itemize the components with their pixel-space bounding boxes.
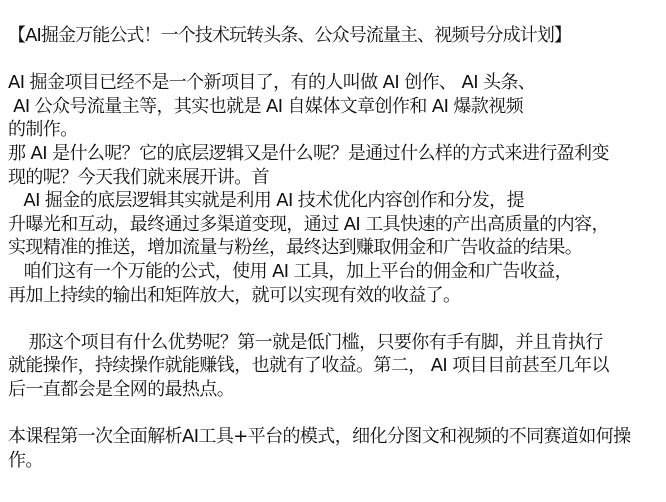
text-line: 后一直都会是全网的最热点。 [8, 378, 663, 402]
text-line: AI 掘金项目已经不是一个新项目了，有的人叫做 AI 创作、 AI 头条、 [8, 71, 663, 95]
text-line: 的制作。 [8, 118, 663, 142]
document-title: 【AI掘金万能公式！一个技术玩转头条、公众号流量主、视频号分成计划】 [8, 24, 663, 48]
text-line: AI 公众号流量主等，其实也就是 AI 自媒体文章创作和 AI 爆款视频 [8, 95, 663, 119]
spacer [8, 48, 663, 72]
text-line: 那这个项目有什么优势呢？第一就是低门槛，只要你有手有脚，并且肯执行 [8, 331, 663, 355]
spacer [8, 402, 663, 426]
paragraph-intro: AI 掘金项目已经不是一个新项目了，有的人叫做 AI 创作、 AI 头条、 AI… [8, 71, 663, 307]
text-line: 本课程第一次全面解析AI工具+平台的模式，细化分图文和视频的不同赛道如何操 [8, 425, 663, 449]
paragraph-advantages: 那这个项目有什么优势呢？第一就是低门槛，只要你有手有脚，并且肯执行 就能操作，持… [8, 331, 663, 402]
text-line: 现的呢？今天我们就来展开讲。首 [8, 166, 663, 190]
document-body: 【AI掘金万能公式！一个技术玩转头条、公众号流量主、视频号分成计划】 AI 掘金… [8, 24, 663, 472]
text-line: 就能操作，持续操作就能赚钱，也就有了收益。第二， AI 项目目前甚至几年以 [8, 354, 663, 378]
spacer [8, 307, 663, 331]
text-line: 实现精准的推送，增加流量与粉丝，最终达到赚取佣金和广告收益的结果。 [8, 236, 663, 260]
paragraph-course-summary: 本课程第一次全面解析AI工具+平台的模式，细化分图文和视频的不同赛道如何操 作。 [8, 425, 663, 472]
text-line: 作。 [8, 449, 663, 473]
text-line: 那 AI 是什么呢？它的底层逻辑又是什么呢？是通过什么样的方式来进行盈利变 [8, 142, 663, 166]
text-line: 再加上持续的输出和矩阵放大，就可以实现有效的收益了。 [8, 284, 663, 308]
text-line: AI 掘金的底层逻辑其实就是利用 AI 技术优化内容创作和分发，提 [8, 189, 663, 213]
text-line: 升曝光和互动，最终通过多渠道变现，通过 AI 工具快速的产出高质量的内容， [8, 213, 663, 237]
text-line: 咱们这有一个万能的公式，使用 AI 工具，加上平台的佣金和广告收益， [8, 260, 663, 284]
